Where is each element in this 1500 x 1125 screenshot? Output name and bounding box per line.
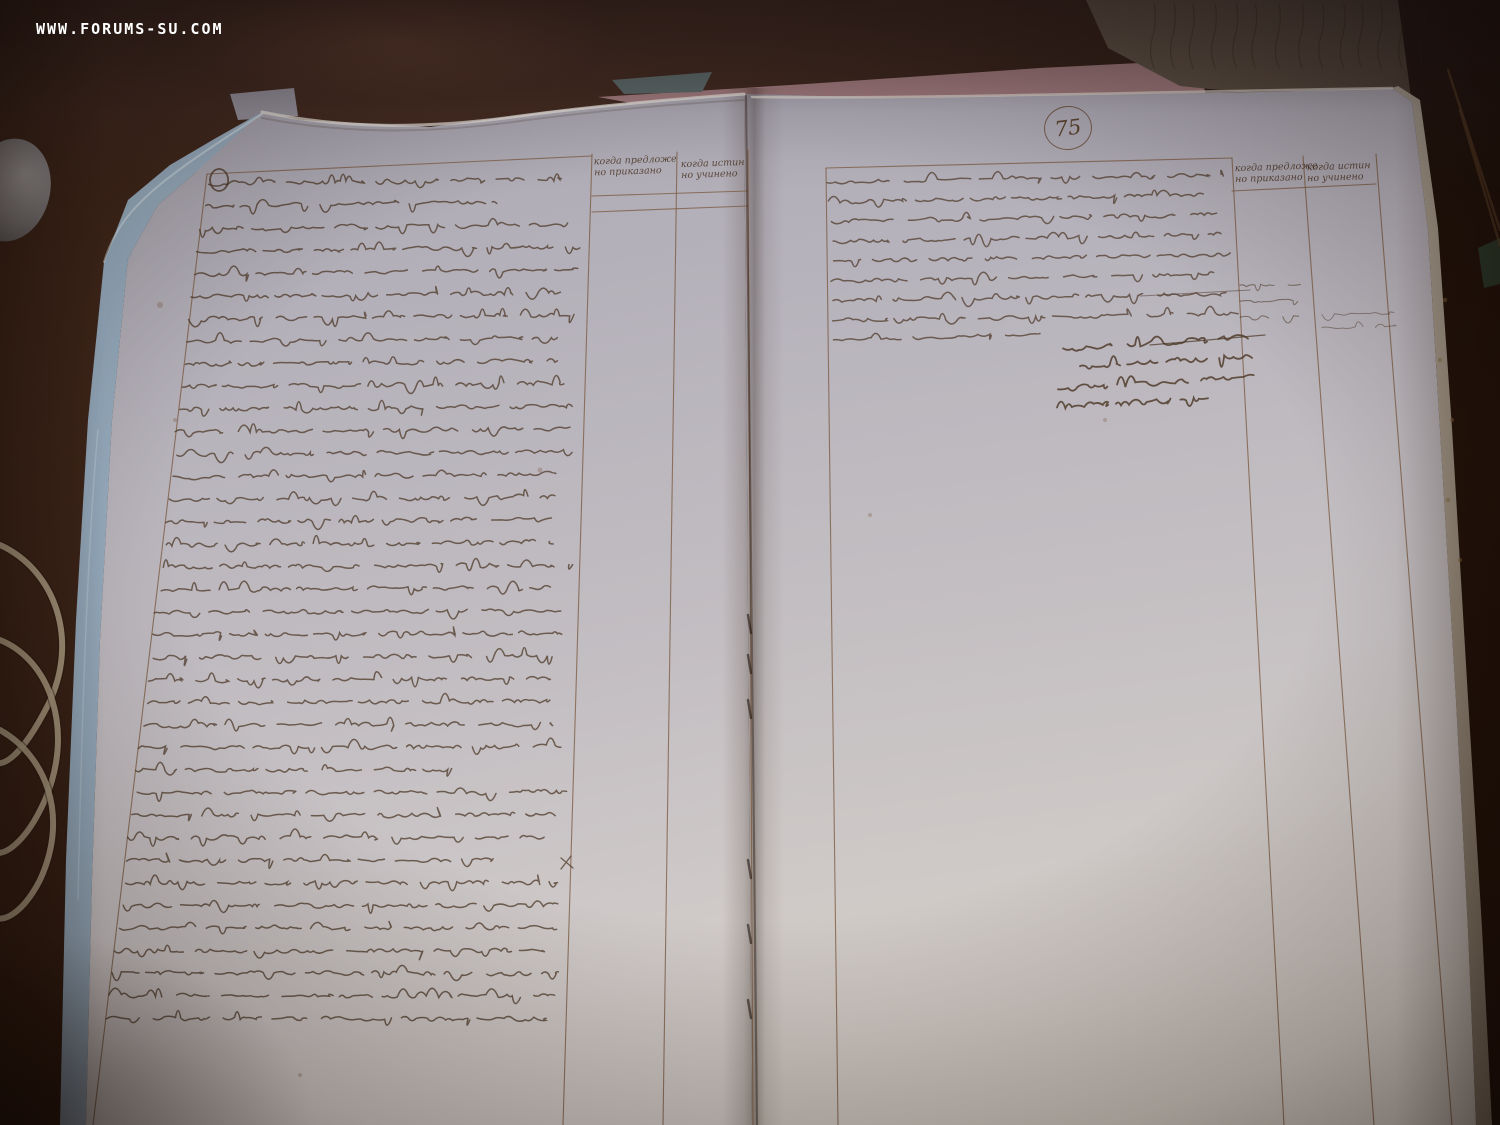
watermark: WWW.FORUMS-SU.COM xyxy=(36,20,224,38)
right-column2-header: когда истин но учинено xyxy=(1307,161,1378,184)
left-column1-header: когда предложе но приказано xyxy=(594,155,677,179)
page-number-value: 75 xyxy=(1053,114,1082,141)
right-column1-header: когда предложе но приказано xyxy=(1235,162,1304,185)
archive-photo: когда предложе но приказано когда истин … xyxy=(0,0,1500,1125)
left-column2-header: когда истин но учинено xyxy=(681,158,748,181)
